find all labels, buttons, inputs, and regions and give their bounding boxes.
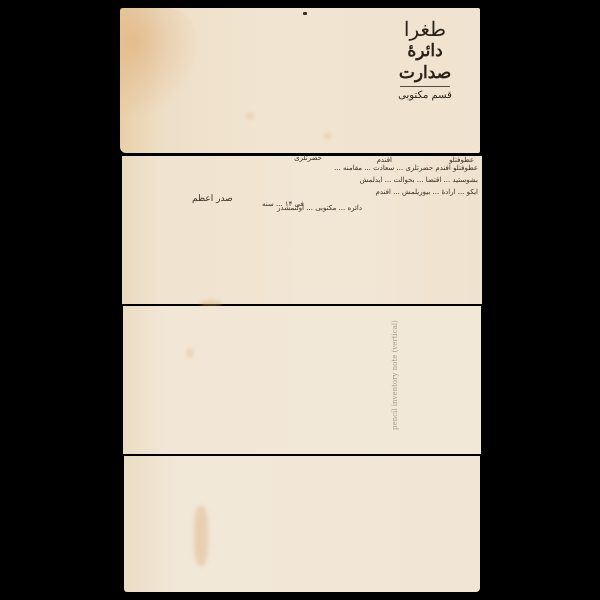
salutation: عطوفتلو xyxy=(449,156,474,164)
text-line: عطوفتلو افندم حضرتلری ... سعادت ... مقام… xyxy=(334,164,478,173)
divider xyxy=(400,86,450,87)
ink-mark xyxy=(303,12,307,15)
water-stain xyxy=(120,8,200,118)
foxing-spot xyxy=(324,133,331,139)
water-stain xyxy=(194,506,208,566)
office-title: دائرهٔ صدارت xyxy=(390,40,460,84)
panel-lower: pencil inventory note (vertical) xyxy=(123,306,481,454)
salutation: حضرتلری xyxy=(294,154,322,162)
panel-bottom xyxy=(124,456,480,592)
signature: صدر اعظم xyxy=(192,194,233,204)
department-title: قسم مكتوبی xyxy=(390,89,460,103)
text-line: بشوستید ... اقتضا ... بحوالت ... ایدلمش xyxy=(360,176,478,185)
date: فی ۱۴ ... سنه xyxy=(262,200,304,208)
salutation: افندم xyxy=(377,156,392,164)
text-line: ایکو ... ارادهٔ ... بیوریلمش ... افندم xyxy=(375,188,478,197)
tughra-emblem: طغرا xyxy=(390,18,460,40)
foxing-spot xyxy=(187,348,193,358)
foxing-spot xyxy=(246,113,254,119)
panel-top: طغرا دائرهٔ صدارت قسم مكتوبی xyxy=(120,8,480,153)
panel-text: عطوفتلو افندم حضرتلری عطوفتلو افندم حضرت… xyxy=(122,156,482,304)
pencil-annotation: pencil inventory note (vertical) xyxy=(391,320,399,430)
letterhead: طغرا دائرهٔ صدارت قسم مكتوبی xyxy=(390,18,460,103)
